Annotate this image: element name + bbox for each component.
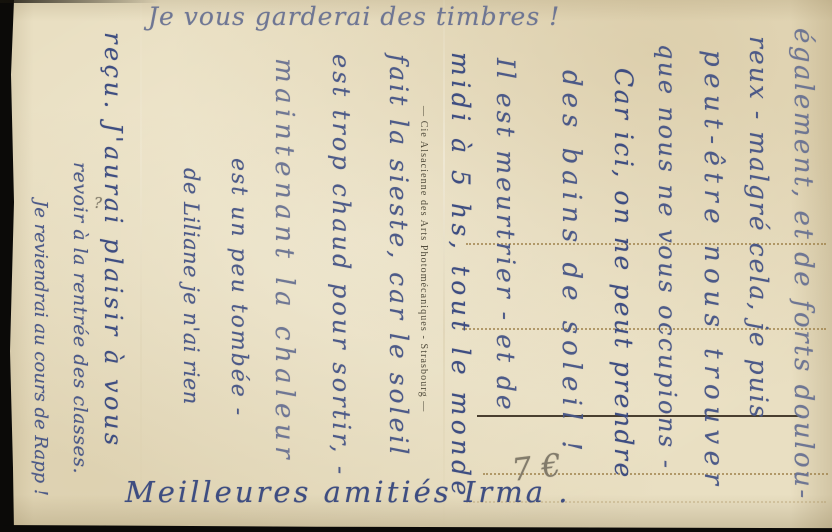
message-line: Car ici, on ne peut prendre [610, 68, 638, 480]
paper-crease [140, 0, 142, 532]
message-line: revoir à la rentrée des classes. [69, 162, 90, 474]
message-line: fait la sieste, car le soleil [385, 54, 413, 457]
paper-crease [443, 0, 445, 532]
publisher-imprint: — Cie Alsacienne des Arts Photomécanique… [418, 106, 429, 412]
pencil-question-mark: ? [94, 194, 102, 212]
message-line: est un peu tombée - [226, 158, 250, 417]
message-line: reçu. J'aurai plaisir à vous [100, 32, 126, 449]
message-line: également, et de forts doulou- [788, 28, 817, 501]
message-line: Il est meurtrier - et de [492, 58, 520, 413]
message-line: Je reviendrai au cours de Rapp ! [30, 200, 50, 496]
message-line: reux - malgré cela, je puis [745, 36, 773, 420]
top-note: Je vous garderai des timbres ! [148, 2, 560, 31]
message-line: que nous ne vous occupions - [654, 44, 680, 470]
postcard-scan: — Cie Alsacienne des Arts Photomécanique… [0, 0, 832, 532]
message-line: maintenant la chaleur [269, 58, 298, 464]
pencil-price-mark: 7 € [510, 447, 563, 489]
scan-border-bottom [0, 524, 832, 532]
message-line: peut-être nous trouver [698, 50, 727, 491]
scan-border-left [0, 0, 14, 532]
message-line: de Liliane je n'ai rien [179, 168, 202, 405]
message-line: des bains de soleil ! [556, 70, 585, 457]
scan-border-top [0, 0, 160, 3]
message-line: est trop chaud pour sortir, - [328, 54, 354, 477]
closing-signature: Meilleures amitiés Irma . [125, 475, 570, 509]
message-line: midi à 5 hs, tout le monde [447, 52, 475, 500]
